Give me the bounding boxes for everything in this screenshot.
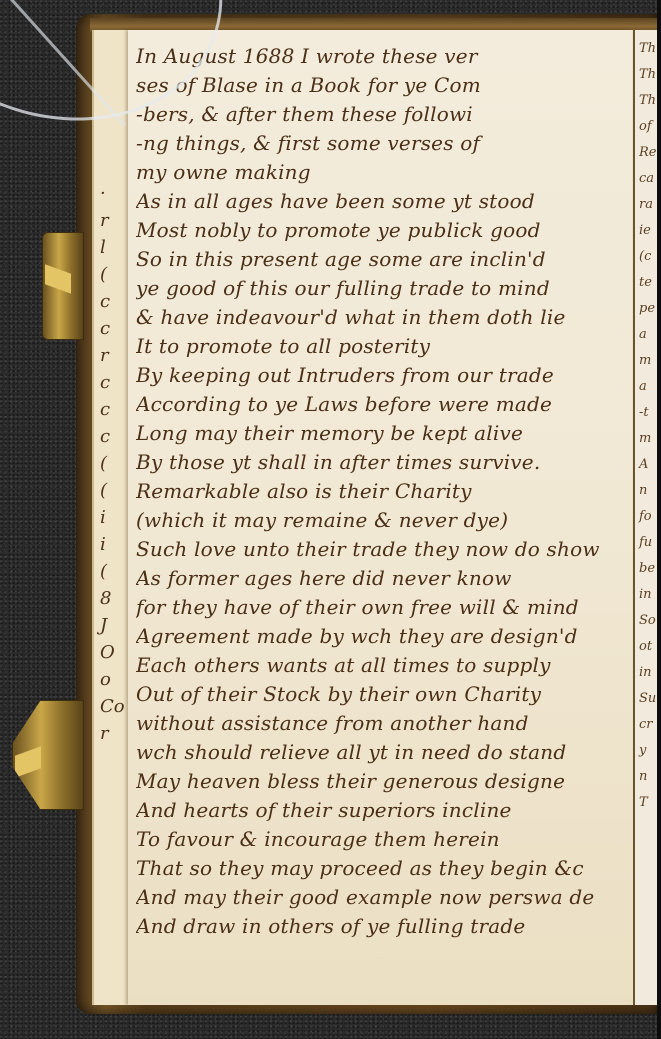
- facing-page-fragment: fu: [639, 530, 657, 556]
- text-line: And may their good example now perswa de: [136, 883, 626, 912]
- facing-page-fragment: Re: [639, 140, 657, 166]
- text-line: So in this present age some are inclin'd: [136, 245, 626, 274]
- margin-mark: o: [100, 666, 128, 693]
- text-line: May heaven bless their generous designe: [136, 767, 626, 796]
- margin-mark: r: [100, 207, 128, 234]
- facing-page-edge: ThThThofRecaraie(ctepeama-tmAnfofubeinSo…: [633, 30, 657, 1005]
- margin-mark: J: [100, 612, 128, 639]
- margin-mark: c: [100, 423, 128, 450]
- margin-mark: Co: [100, 693, 128, 720]
- facing-page-fragment: ot: [639, 634, 657, 660]
- facing-page-fragment: T: [639, 790, 657, 816]
- text-line: To favour & incourage them herein: [136, 825, 626, 854]
- text-line: -ng things, & first some verses of: [136, 129, 626, 158]
- facing-page-fragment: pe: [639, 296, 657, 322]
- facing-page-fragment: -t: [639, 400, 657, 426]
- text-line: Agreement made by wch they are design'd: [136, 622, 626, 651]
- facing-page-fragment: a: [639, 374, 657, 400]
- text-line: ye good of this our fulling trade to min…: [136, 274, 626, 303]
- margin-mark: 8: [100, 585, 128, 612]
- margin-mark: r: [100, 720, 128, 747]
- margin-mark: i: [100, 531, 128, 558]
- margin-mark: c: [100, 288, 128, 315]
- text-line: ses of Blase in a Book for ye Com: [136, 71, 626, 100]
- facing-page-fragment: Th: [639, 62, 657, 88]
- facing-page-fragment: Su: [639, 686, 657, 712]
- margin-mark: c: [100, 315, 128, 342]
- margin-mark: (: [100, 261, 128, 288]
- brass-clasp-top-icon: [42, 232, 84, 340]
- facing-page-fragment: a: [639, 322, 657, 348]
- text-line: for they have of their own free will & m…: [136, 593, 626, 622]
- facing-page-fragment: m: [639, 426, 657, 452]
- text-line: my owne making: [136, 158, 626, 187]
- facing-page-fragment: in: [639, 582, 657, 608]
- text-line: By those yt shall in after times survive…: [136, 448, 626, 477]
- text-line: That so they may proceed as they begin &…: [136, 854, 626, 883]
- facing-page-fragment: ca: [639, 166, 657, 192]
- text-line: without assistance from another hand: [136, 709, 626, 738]
- facing-page-fragment: of: [639, 114, 657, 140]
- text-line: In August 1688 I wrote these ver: [136, 42, 626, 71]
- text-line: According to ye Laws before were made: [136, 390, 626, 419]
- text-line: By keeping out Intruders from our trade: [136, 361, 626, 390]
- facing-page-fragment: te: [639, 270, 657, 296]
- text-line: (which it may remaine & never dye): [136, 506, 626, 535]
- text-line: & have indeavour'd what in them doth lie: [136, 303, 626, 332]
- text-line: Such love unto their trade they now do s…: [136, 535, 626, 564]
- text-line: Each others wants at all times to supply: [136, 651, 626, 680]
- facing-page-fragment: cr: [639, 712, 657, 738]
- left-margin-marks: ·rl(ccrccc((ii(8JOoCor: [100, 180, 128, 980]
- margin-mark: O: [100, 639, 128, 666]
- text-line: Most nobly to promote ye publick good: [136, 216, 626, 245]
- facing-page-fragment: ra: [639, 192, 657, 218]
- brass-clasp-bottom-icon: [12, 700, 84, 810]
- margin-mark: i: [100, 504, 128, 531]
- facing-page-fragment: Th: [639, 36, 657, 62]
- facing-page-fragment: (c: [639, 244, 657, 270]
- text-line: Remarkable also is their Charity: [136, 477, 626, 506]
- margin-mark: r: [100, 342, 128, 369]
- text-line: wch should relieve all yt in need do sta…: [136, 738, 626, 767]
- dark-edge: [657, 0, 661, 1039]
- margin-mark: c: [100, 369, 128, 396]
- facing-page-fragment: be: [639, 556, 657, 582]
- text-line: As in all ages have been some yt stood: [136, 187, 626, 216]
- facing-page-fragment: A: [639, 452, 657, 478]
- facing-page-fragment: Th: [639, 88, 657, 114]
- text-line: As former ages here did never know: [136, 564, 626, 593]
- text-line: -bers, & after them these followi: [136, 100, 626, 129]
- facing-page-fragment: n: [639, 764, 657, 790]
- text-line: And draw in others of ye fulling trade: [136, 912, 626, 941]
- facing-page-fragment: y: [639, 738, 657, 764]
- margin-mark: ·: [100, 180, 128, 207]
- text-line: Long may their memory be kept alive: [136, 419, 626, 448]
- manuscript-text: In August 1688 I wrote these ver ses of …: [136, 42, 626, 941]
- text-line: Out of their Stock by their own Charity: [136, 680, 626, 709]
- facing-page-fragment: So: [639, 608, 657, 634]
- facing-page-fragment: ie: [639, 218, 657, 244]
- facing-page-fragment: n: [639, 478, 657, 504]
- facing-page-fragment: m: [639, 348, 657, 374]
- margin-mark: (: [100, 558, 128, 585]
- text-line: It to promote to all posterity: [136, 332, 626, 361]
- margin-mark: c: [100, 396, 128, 423]
- facing-page-fragment: fo: [639, 504, 657, 530]
- margin-mark: (: [100, 477, 128, 504]
- facing-page-fragment: in: [639, 660, 657, 686]
- margin-mark: l: [100, 234, 128, 261]
- margin-mark: (: [100, 450, 128, 477]
- text-line: And hearts of their superiors incline: [136, 796, 626, 825]
